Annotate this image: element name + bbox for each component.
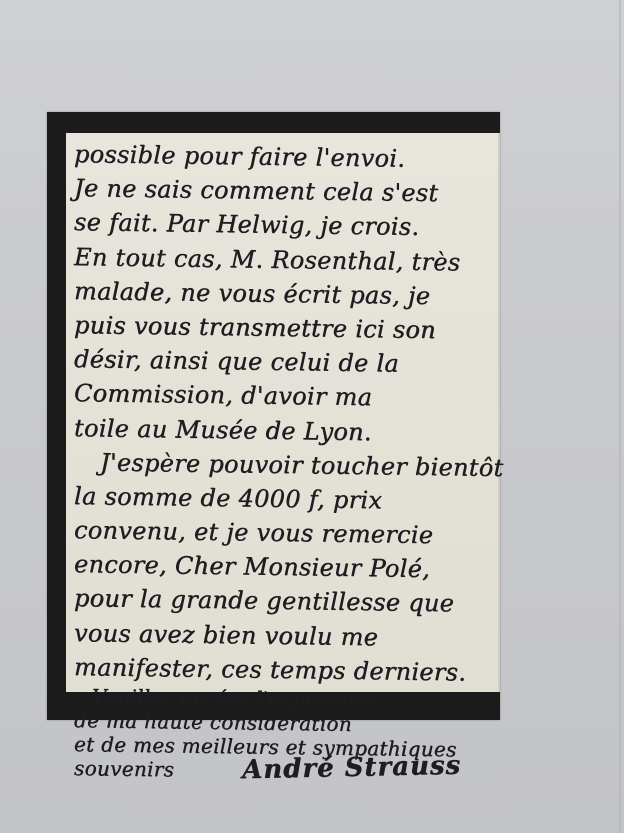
letter-line: se fait. Par Helwig, je crois. xyxy=(74,205,496,245)
letter-line: vous avez bien voulu me xyxy=(74,616,496,656)
paper-edge xyxy=(498,133,500,692)
letter-body: possible pour faire l'envoi. Je ne sais … xyxy=(74,137,496,780)
background-edge-line xyxy=(619,0,621,833)
letter-closing: Veuillez agréer l'expression de ma haute… xyxy=(74,684,496,780)
signature: André Strauss xyxy=(242,754,462,783)
letter-line: manifester, ces temps derniers. xyxy=(74,650,496,690)
letter-line: toile au Musée de Lyon. xyxy=(74,411,496,451)
letter-line: malade, ne vous écrit pas, je xyxy=(74,274,496,314)
letter-line: En tout cas, M. Rosenthal, très xyxy=(74,240,496,280)
final-word: souvenirs xyxy=(74,756,174,781)
signature-line: souvenirs André Strauss xyxy=(74,756,496,786)
letter-line: Commission, d'avoir ma xyxy=(74,376,496,416)
letter-line: J'espère pouvoir toucher bientôt xyxy=(74,445,496,485)
letter-page: possible pour faire l'envoi. Je ne sais … xyxy=(66,133,500,692)
letter-line: pour la grande gentillesse que xyxy=(74,581,496,621)
